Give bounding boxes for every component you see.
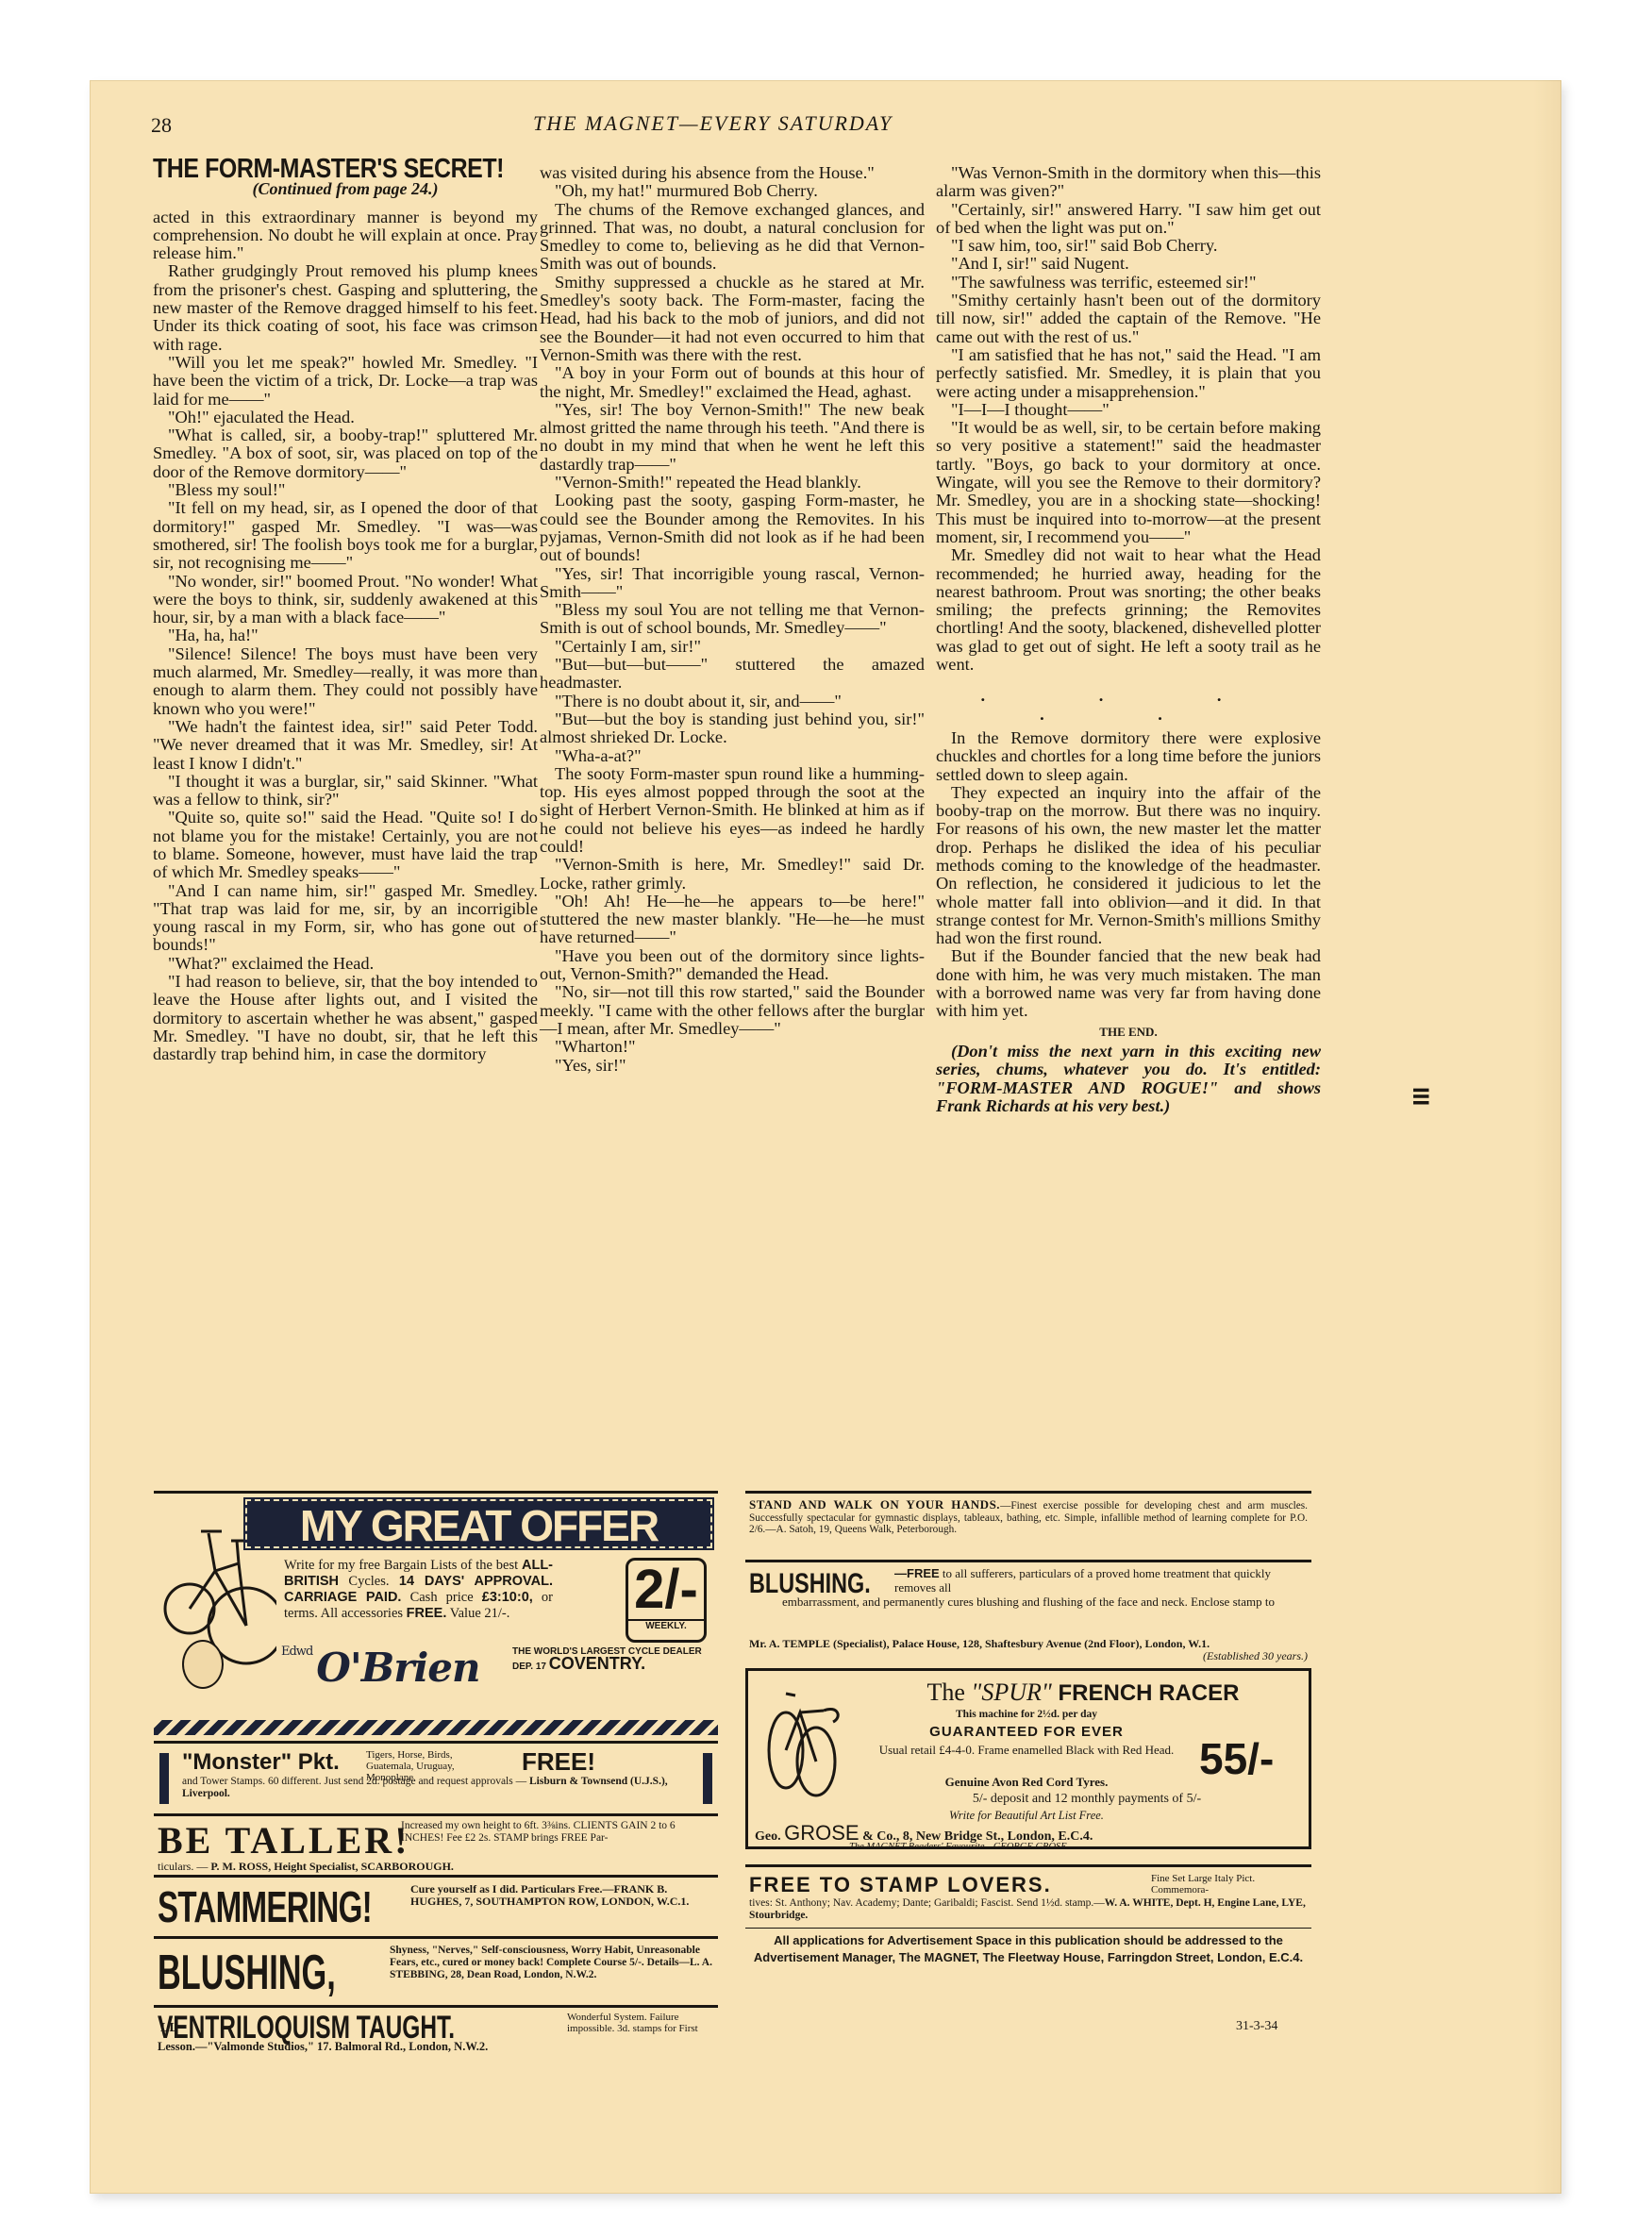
paragraph: "But—but the boy is standing just behind…: [540, 710, 925, 747]
monster-body: and Tower Stamps. 60 different. Just sen…: [182, 1776, 692, 1799]
paragraph: The sooty Form-master spun round like a …: [540, 765, 925, 856]
spur-per-day: This machine for 2½d. per day: [861, 1709, 1192, 1720]
taller-address: P. M. ROSS, Height Specialist, SCARBOROU…: [210, 1860, 454, 1873]
offer-text: Cash price: [401, 1590, 481, 1605]
obrien-brand: EdwdO'Brien: [281, 1645, 480, 1691]
paragraph: "What?" exclaimed the Head.: [153, 955, 538, 973]
paragraph: "Silence! Silence! The boys must have be…: [153, 645, 538, 718]
paragraph: "Certainly I am, sir!": [540, 638, 925, 656]
blushing-right-lead: —FREE to all sufferers, particulars of a…: [894, 1566, 1310, 1595]
monster-text: and Tower Stamps. 60 different. Just sen…: [182, 1776, 529, 1787]
ad-stamp-lovers: FREE TO STAMP LOVERS. Fine Set Large Ita…: [745, 1864, 1311, 1928]
paragraph: "Vernon-Smith is here, Mr. Smedley!" sai…: [540, 856, 925, 893]
ad-blushing-right: BLUSHING. —FREE to all sufferers, partic…: [745, 1562, 1311, 1668]
blushing-headline: BLUSHING,: [158, 1945, 336, 2001]
taller-headline: BE TALLER!: [158, 1818, 409, 1862]
blushing-right-address: Mr. A. TEMPLE (Specialist), Palace House…: [749, 1638, 1308, 1662]
paragraph: "Certainly, sir!" answered Harry. "I saw…: [936, 201, 1321, 238]
stand-walk-headline: STAND AND WALK ON YOUR HANDS.: [749, 1497, 1000, 1511]
taller-body: Increased my own height to 6ft. 3⅜ins. C…: [401, 1820, 716, 1844]
paragraph: "Have you been out of the dormitory sinc…: [540, 947, 925, 984]
brand-name: O'Brien: [316, 1645, 479, 1691]
ad-stammering: STAMMERING! Cure yourself as I did. Part…: [154, 1878, 718, 1936]
paragraph: "But—but—but——" stuttered the amazed hea…: [540, 656, 925, 693]
weekly-price-badge: 2/- WEEKLY.: [626, 1558, 707, 1643]
paragraph: "Was Vernon-Smith in the dormitory when …: [936, 164, 1321, 201]
taller-text: ticulars. —: [158, 1860, 210, 1873]
paragraph: "Oh!" ejaculated the Head.: [153, 409, 538, 426]
paragraph: "Bless my soul You are not telling me th…: [540, 601, 925, 638]
ads-right-column: STAND AND WALK ON YOUR HANDS.—Finest exe…: [745, 1491, 1311, 1995]
paragraph: "I am satisfied that he has not," said t…: [936, 346, 1321, 401]
ad-monster-packet: "Monster" Pkt. Tigers, Horse, Birds, Gua…: [154, 1744, 718, 1813]
ventriloquism-address: Lesson.—"Valmonde Studios," 17. Balmoral…: [158, 2040, 488, 2054]
paragraph: "I—I—I thought——": [936, 401, 1321, 419]
great-offer-body: Write for my free Bargain Lists of the b…: [284, 1558, 553, 1622]
running-head: THE MAGNET—EVERY SATURDAY: [533, 111, 893, 136]
column-3-paragraphs: "Was Vernon-Smith in the dormitory when …: [936, 164, 1321, 674]
paragraph: "What is called, sir, a booby-trap!" spl…: [153, 426, 538, 481]
spur-guaranteed: GUARANTEED FOR EVER: [861, 1724, 1192, 1740]
offer-price: £3:10:0,: [482, 1590, 533, 1605]
monster-title: "Monster" Pkt.: [182, 1749, 340, 1776]
dealer-info: THE WORLD'S LARGEST CYCLE DEALER DEP. 17…: [512, 1646, 702, 1673]
decor-bar: [159, 1753, 169, 1804]
brand-prefix: Edwd: [281, 1645, 312, 1659]
ad-great-offer: MY GREAT OFFER Write for my free Bargain…: [154, 1491, 718, 1741]
stripe-border: [154, 1720, 718, 1735]
paragraph: Smithy suppressed a chuckle as he stared…: [540, 274, 925, 364]
monster-free: FREE!: [522, 1747, 595, 1777]
column-3-closing-paragraphs: In the Remove dormitory there were explo…: [936, 729, 1321, 1021]
spur-brand: "SPUR": [971, 1678, 1051, 1706]
established-note: (Established 30 years.): [1203, 1650, 1308, 1662]
stamp-lovers-body: tives: St. Anthony; Nav. Academy; Dante;…: [749, 1897, 1308, 1921]
paragraph: "A boy in your Form out of bounds at thi…: [540, 364, 925, 401]
stamp-lovers-headline: FREE TO STAMP LOVERS.: [749, 1873, 1052, 1897]
spur-model: FRENCH RACER: [1052, 1680, 1240, 1706]
advertisement-notice: All applications for Advertisement Space…: [745, 1928, 1311, 1995]
ad-be-taller: BE TALLER! Increased my own height to 6f…: [154, 1816, 718, 1875]
paragraph: "Wha-a-at?": [540, 747, 925, 765]
footer-code: LL: [160, 2021, 178, 2036]
paragraph: "We hadn't the faintest idea, sir!" said…: [153, 718, 538, 773]
story-column-1: THE FORM-MASTER'S SECRET! (Continued fro…: [153, 160, 538, 1064]
grose-geo: Geo.: [755, 1829, 784, 1844]
paragraph: They expected an inquiry into the affair…: [936, 784, 1321, 948]
story-column-3: "Was Vernon-Smith in the dormitory when …: [936, 164, 1321, 1115]
blushing-right-body: embarrassment, and permanently cures blu…: [749, 1595, 1308, 1609]
stamp-lovers-text: tives: St. Anthony; Nav. Academy; Dante;…: [749, 1897, 1105, 1909]
grose-favourite: The MAGNET Readers' Favourite—GEORGE GRO…: [849, 1842, 1069, 1852]
offer-text-bold: FREE.: [407, 1606, 447, 1621]
stammering-body: Cure yourself as I did. Particulars Free…: [410, 1883, 712, 1908]
paragraph: Looking past the sooty, gasping Form-mas…: [540, 492, 925, 564]
paragraph: was visited during his absence from the …: [540, 164, 925, 182]
paragraph: "Ha, ha, ha!": [153, 626, 538, 644]
dealer-dept: DEP. 17: [512, 1662, 546, 1672]
paragraph: acted in this extraordinary manner is be…: [153, 209, 538, 263]
offer-text: Cycles.: [339, 1574, 399, 1589]
ads-left-column: MY GREAT OFFER Write for my free Bargain…: [154, 1491, 718, 2057]
paragraph: "Quite so, quite so!" said the Head. "Qu…: [153, 809, 538, 881]
paragraph: "It would be as well, sir, to be certain…: [936, 419, 1321, 546]
paragraph: "Oh, my hat!" murmured Bob Cherry.: [540, 182, 925, 200]
dealer-city: COVENTRY.: [549, 1654, 645, 1673]
paragraph: "Bless my soul!": [153, 481, 538, 499]
spur-terms: 5/- deposit and 12 monthly payments of 5…: [865, 1792, 1309, 1807]
ventriloquism-body: Wonderful System. Failure impossible. 3d…: [567, 2012, 718, 2034]
ad-blushing-left: BLUSHING, Shyness, "Nerves," Self-consci…: [154, 1939, 718, 2005]
column-2-paragraphs: was visited during his absence from the …: [540, 164, 925, 1075]
weekly-price: 2/-: [628, 1561, 704, 1619]
paragraph: "I saw him, too, sir!" said Bob Cherry.: [936, 237, 1321, 255]
decor-bar: [703, 1753, 712, 1804]
paragraph: In the Remove dormitory there were explo…: [936, 729, 1321, 784]
temple-address: Mr. A. TEMPLE (Specialist), Palace House…: [749, 1637, 1210, 1650]
margin-mark: III: [1407, 1087, 1433, 1106]
paragraph: "The sawfulness was terrific, esteemed s…: [936, 274, 1321, 292]
paragraph: "Yes, sir! That incorrigible young rasca…: [540, 565, 925, 602]
spur-tyres: Genuine Avon Red Cord Tyres.: [861, 1775, 1192, 1790]
offer-text: Write for my free Bargain Lists of the b…: [284, 1558, 522, 1573]
paragraph: "I thought it was a burglar, sir," said …: [153, 773, 538, 810]
paragraph: The chums of the Remove exchanged glance…: [540, 201, 925, 274]
paragraph: "It fell on my head, sir, as I opened th…: [153, 499, 538, 572]
offer-text: Value 21/-.: [446, 1606, 509, 1621]
paragraph: Mr. Smedley did not wait to hear what th…: [936, 546, 1321, 674]
page-number: 28: [151, 113, 172, 138]
blushing-free: —FREE: [894, 1566, 940, 1580]
ad-ventriloquism: VENTRILOQUISM TAUGHT. Wonderful System. …: [154, 2008, 718, 2057]
paragraph: "Will you let me speak?" howled Mr. Smed…: [153, 354, 538, 409]
spur-title: The "SPUR" FRENCH RACER: [861, 1678, 1305, 1707]
racing-bicycle-icon: [758, 1684, 852, 1797]
next-yarn-note: (Don't miss the next yarn in this exciti…: [936, 1043, 1321, 1115]
paragraph: "No wonder, sir!" boomed Prout. "No wond…: [153, 573, 538, 627]
blushing-body: Shyness, "Nerves," Self-consciousness, W…: [390, 1945, 714, 1981]
stamp-lovers-side: Fine Set Large Italy Pict. Commemora-: [1151, 1873, 1310, 1896]
the-end: THE END.: [936, 1023, 1321, 1041]
column-1-paragraphs: acted in this extraordinary manner is be…: [153, 209, 538, 1064]
stand-walk-body: STAND AND WALK ON YOUR HANDS.—Finest exe…: [745, 1497, 1311, 1538]
ad-stand-walk: STAND AND WALK ON YOUR HANDS.—Finest exe…: [745, 1491, 1311, 1560]
paragraph: "And I, sir!" said Nugent.: [936, 255, 1321, 273]
paragraph: "Oh! Ah! He—he—he appears to—be here!" s…: [540, 893, 925, 947]
weekly-label: WEEKLY.: [628, 1619, 704, 1631]
great-offer-headline: MY GREAT OFFER: [245, 1499, 712, 1548]
portrait-icon: [182, 1640, 224, 1689]
paragraph: "Wharton!": [540, 1038, 925, 1056]
paragraph: "Yes, sir! The boy Vernon-Smith!" The ne…: [540, 401, 925, 474]
grose-name: GROSE: [784, 1821, 859, 1845]
blushing-text: to all sufferers, particulars of a prove…: [894, 1566, 1271, 1595]
paragraph: "Smithy certainly hasn't been out of the…: [936, 292, 1321, 346]
issue-date: 31-3-34: [1236, 2019, 1277, 2034]
paragraph: Rather grudgingly Prout removed his plum…: [153, 262, 538, 353]
spur-the: The: [927, 1678, 972, 1706]
stammering-headline: STAMMERING!: [158, 1881, 372, 1932]
taller-foot: ticulars. — P. M. ROSS, Height Specialis…: [158, 1860, 714, 1874]
story-column-2: was visited during his absence from the …: [540, 164, 925, 1075]
story-title: THE FORM-MASTER'S SECRET!: [153, 160, 484, 178]
paragraph: "No, sir—not till this row started," sai…: [540, 983, 925, 1038]
paragraph: "I had reason to believe, sir, that the …: [153, 973, 538, 1063]
paragraph: "Yes, sir!": [540, 1057, 925, 1075]
spur-retail: Usual retail £4-4-0. Frame enamelled Bla…: [861, 1743, 1192, 1757]
paragraph: "There is no doubt about it, sir, and——": [540, 693, 925, 710]
paragraph: "Vernon-Smith!" repeated the Head blankl…: [540, 474, 925, 492]
spur-price: 55/-: [1199, 1733, 1274, 1784]
section-break: . . . . .: [936, 687, 1321, 724]
paragraph: "And I can name him, sir!" gasped Mr. Sm…: [153, 882, 538, 955]
paragraph: But if the Bounder fancied that the new …: [936, 947, 1321, 1020]
